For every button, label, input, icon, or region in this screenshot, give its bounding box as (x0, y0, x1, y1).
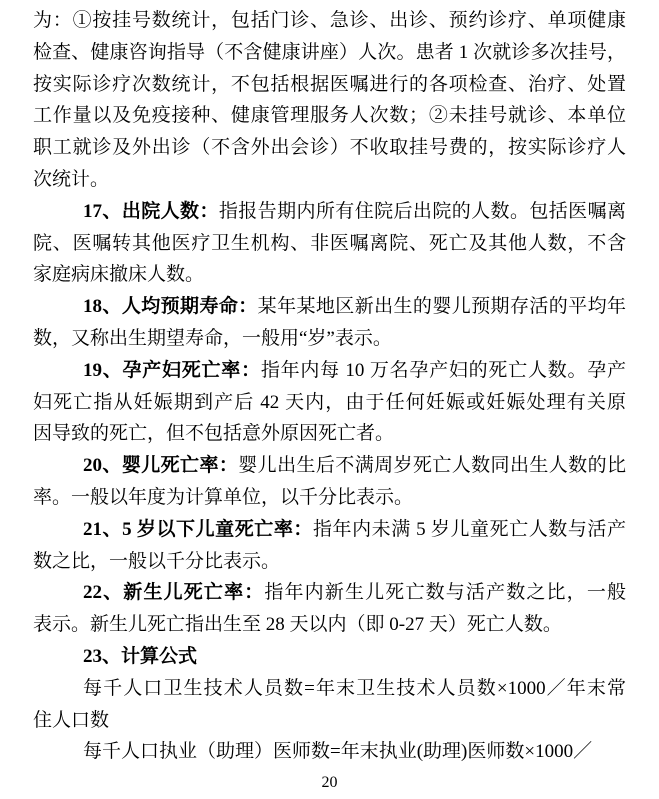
text-line-formula-heading: 23、计算公式 (33, 641, 626, 673)
text-line: 数，又称出生期望寿命，一般用“岁”表示。 (33, 323, 626, 355)
term-label: 20、婴儿死亡率： (83, 455, 238, 476)
text-line-neonatal-mortality: 22、新生儿死亡率：指年内新生儿死亡数与活产数之比，一般以‰ (33, 577, 626, 609)
term-label: 22、新生儿死亡率： (83, 582, 264, 603)
line-text: 表示。新生儿死亡指出生至 28 天以内（即 0-27 天）死亡人数。 (33, 614, 562, 635)
text-line-formula: 每千人口执业（助理）医师数=年末执业(助理)医师数×1000／ (33, 736, 626, 768)
text-line: 家庭病床撤床人数。 (33, 259, 626, 291)
line-text: 院、医嘱转其他医疗卫生机构、非医嘱离院、死亡及其他人数，不含 (33, 233, 626, 254)
text-line: 数之比，一般以千分比表示。 (33, 546, 626, 578)
text-line: 住人口数 (33, 705, 626, 737)
text-line: 检查、健康咨询指导（不含健康讲座）人次。患者 1 次就诊多次挂号， (33, 37, 626, 69)
text-line: 次统计。 (33, 164, 626, 196)
line-text: 家庭病床撤床人数。 (33, 264, 204, 285)
text-line-life-expectancy: 18、人均预期寿命：某年某地区新出生的婴儿预期存活的平均年 (33, 291, 626, 323)
text-line: 职工就诊及外出诊（不含外出会诊）不收取挂号费的，按实际诊疗人 (33, 132, 626, 164)
line-text: 指报告期内所有住院后出院的人数。包括医嘱离 (219, 201, 626, 222)
line-text: 因导致的死亡，但不包括意外原因死亡者。 (33, 423, 394, 444)
term-label: 23、计算公式 (83, 646, 197, 667)
line-text: 数之比，一般以千分比表示。 (33, 551, 280, 572)
text-line-maternal-mortality: 19、孕产妇死亡率：指年内每 10 万名孕产妇的死亡人数。孕产 (33, 355, 626, 387)
text-line-infant-mortality: 20、婴儿死亡率：婴儿出生后不满周岁死亡人数同出生人数的比 (33, 450, 626, 482)
text-line: 工作量以及免疫接种、健康管理服务人次数；②未挂号就诊、本单位 (33, 100, 626, 132)
text-line: 因导致的死亡，但不包括意外原因死亡者。 (33, 418, 626, 450)
line-text: 住人口数 (33, 710, 109, 731)
line-text: 妇死亡指从妊娠期到产后 42 天内，由于任何妊娠或妊娠处理有关原 (33, 392, 626, 413)
text-line: 院、医嘱转其他医疗卫生机构、非医嘱离院、死亡及其他人数，不含 (33, 228, 626, 260)
line-text: 指年内每 10 万名孕产妇的死亡人数。孕产 (261, 360, 626, 381)
text-line: 表示。新生儿死亡指出生至 28 天以内（即 0-27 天）死亡人数。 (33, 609, 626, 641)
line-text: 工作量以及免疫接种、健康管理服务人次数；②未挂号就诊、本单位 (33, 105, 626, 126)
line-text: 某年某地区新出生的婴儿预期存活的平均年 (258, 296, 626, 317)
line-text: 指年内未满 5 岁儿童死亡人数与活产 (313, 519, 626, 540)
line-text: 职工就诊及外出诊（不含外出会诊）不收取挂号费的，按实际诊疗人 (33, 137, 626, 158)
line-text: 按实际诊疗次数统计，不包括根据医嘱进行的各项检查、治疗、处置 (33, 74, 626, 95)
line-text: 率。一般以年度为计算单位，以千分比表示。 (33, 487, 413, 508)
text-line-discharge-count: 17、出院人数：指报告期内所有住院后出院的人数。包括医嘱离 (33, 196, 626, 228)
line-text: 次统计。 (33, 169, 109, 190)
line-text: 每千人口执业（助理）医师数=年末执业(助理)医师数×1000／ (83, 741, 592, 762)
line-text: 数，又称出生期望寿命，一般用“岁”表示。 (33, 328, 392, 349)
text-line: 为：①按挂号数统计，包括门诊、急诊、出诊、预约诊疗、单项健康 (33, 5, 626, 37)
page-number: 20 (33, 774, 626, 792)
term-label: 21、5 岁以下儿童死亡率： (83, 519, 313, 540)
document-page: 为：①按挂号数统计，包括门诊、急诊、出诊、预约诊疗、单项健康 检查、健康咨询指导… (0, 0, 659, 799)
line-text: 为：①按挂号数统计，包括门诊、急诊、出诊、预约诊疗、单项健康 (33, 10, 626, 31)
text-line: 率。一般以年度为计算单位，以千分比表示。 (33, 482, 626, 514)
text-line: 按实际诊疗次数统计，不包括根据医嘱进行的各项检查、治疗、处置 (33, 69, 626, 101)
term-label: 19、孕产妇死亡率： (83, 360, 261, 381)
term-label: 17、出院人数： (83, 201, 219, 222)
line-text: 每千人口卫生技术人员数=年末卫生技术人员数×1000／年末常 (83, 678, 626, 699)
text-line-formula: 每千人口卫生技术人员数=年末卫生技术人员数×1000／年末常 (33, 673, 626, 705)
text-line: 妇死亡指从妊娠期到产后 42 天内，由于任何妊娠或妊娠处理有关原 (33, 387, 626, 419)
line-text: 检查、健康咨询指导（不含健康讲座）人次。患者 1 次就诊多次挂号， (33, 42, 626, 63)
line-text: 婴儿出生后不满周岁死亡人数同出生人数的比 (238, 455, 626, 476)
text-line-under5-mortality: 21、5 岁以下儿童死亡率：指年内未满 5 岁儿童死亡人数与活产 (33, 514, 626, 546)
term-label: 18、人均预期寿命： (83, 296, 258, 317)
